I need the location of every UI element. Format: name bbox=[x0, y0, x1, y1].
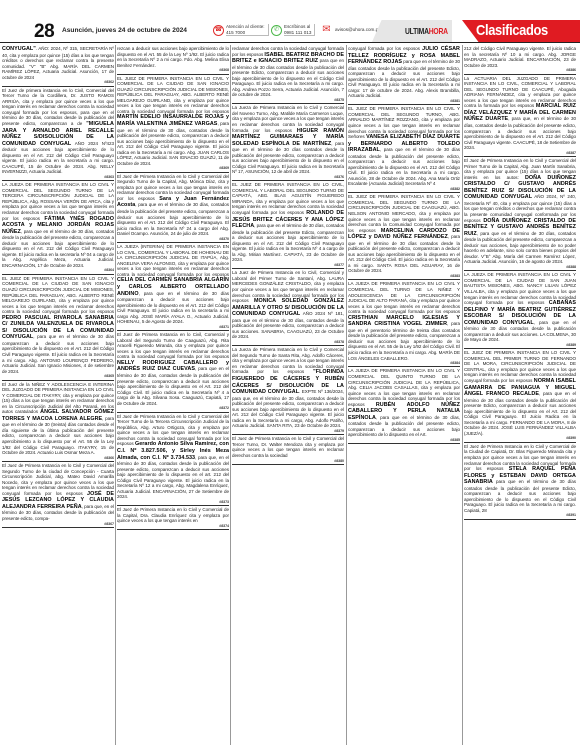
notice-text: LA JUEZA DE PRIMERA INSTANCIA EN LO CIVI… bbox=[348, 281, 460, 314]
newspaper-logo[interactable]: ULTIMAHORA bbox=[405, 26, 448, 36]
notice-code: #8367 bbox=[2, 522, 114, 526]
legal-notice: EL JUEZ DE PRIMERA INSTANCIA EN LO CIVIL… bbox=[348, 105, 460, 193]
notice-text: , para que en el término de 30 días cont… bbox=[348, 147, 460, 186]
notice-text: , para que en el término de 30 días cont… bbox=[348, 234, 460, 273]
notice-code: #8386 bbox=[464, 68, 576, 72]
notice-text: , para que en el término de 30 días, con… bbox=[232, 223, 344, 262]
mail-icon: ✉ bbox=[320, 25, 333, 36]
notice-code: #8389 bbox=[464, 343, 576, 347]
notice-text: , para que en el término de 30 (treinta)… bbox=[2, 416, 114, 455]
notice-text: , para que en el término de 30 días comp… bbox=[2, 334, 114, 373]
notice-text: para que en el término de 30 días contad… bbox=[348, 59, 460, 98]
column-1: CONYUGAL". AÑO: 2024, Nº 315, SECRETARÍA… bbox=[2, 45, 114, 745]
phone-icon: ☎ bbox=[213, 25, 224, 36]
notice-code: #8391 bbox=[464, 513, 576, 517]
column-divider bbox=[115, 45, 116, 745]
notice-parties: CONYUGAL" bbox=[2, 46, 36, 52]
notice-code: #8364 bbox=[2, 268, 114, 272]
legal-notice: reclamar derechos contra la sociedad con… bbox=[232, 45, 344, 104]
notice-code: #8383 bbox=[348, 274, 460, 278]
header-rule bbox=[0, 42, 580, 43]
notice-text: 212 del Código Civil Paraguayo vigente. … bbox=[464, 46, 576, 68]
notice-code: #8363 bbox=[2, 175, 114, 179]
legal-notice: El Juez de Primera Instancia en lo Civil… bbox=[2, 462, 114, 528]
notice-text: LA JUEZA (INTERINA) DE PRIMERA INSTANCIA… bbox=[117, 244, 229, 277]
legal-notice: 212 del Código Civil Paraguayo vigente. … bbox=[464, 45, 576, 75]
page-header: 28 Asunción, jueves 24 de octubre de 202… bbox=[0, 20, 580, 42]
legal-notice: El Juez de Primera Instancia en lo Civil… bbox=[117, 413, 229, 507]
notice-code: #8378 bbox=[232, 340, 344, 344]
contact-value: 0981 111 013 bbox=[284, 30, 311, 35]
legal-notice: conyugal formada por los esposos JULIO C… bbox=[348, 45, 460, 105]
column-divider bbox=[462, 45, 463, 745]
legal-notice: El Juez de Primera Instancia en lo Civil… bbox=[464, 157, 576, 271]
column-4: conyugal formada por los esposos JULIO C… bbox=[348, 45, 460, 745]
legal-notice: El Juez de la NIÑEZ Y ADOLESCENCIA E INT… bbox=[2, 381, 114, 463]
notice-parties: CRISTHIAN MARCELO IGLESIAS Y SANDRA CRIS… bbox=[348, 315, 460, 328]
notice-code: #8377 bbox=[232, 263, 344, 267]
notice-code: #8368 bbox=[117, 68, 229, 72]
notice-text: El Juez de Primera Instancia en lo Civil… bbox=[117, 507, 229, 523]
legal-notice: La ACTUARIA DEL JUZGADO DE PRIMERA INSTA… bbox=[464, 75, 576, 158]
legal-notice: EL JUEZ DE PRIMERA INSTANCIA EN LO CIVIL… bbox=[348, 193, 460, 280]
legal-notice: EL JUEZ DE PRIMERA INSTANCIA EN LO CIVIL… bbox=[464, 349, 576, 443]
column-divider bbox=[346, 45, 347, 745]
contact-label: Atención al cliente: bbox=[226, 24, 265, 29]
legal-notice: EL JUEZ DE PRIMERA INSTANCIA EN LO CIVIL… bbox=[232, 181, 344, 269]
legal-notice: El Juez de Primera Instancia en lo Civil… bbox=[117, 331, 229, 413]
notice-code: #8373 bbox=[117, 500, 229, 504]
section-title: Clasificados bbox=[476, 23, 548, 39]
legal-notice: LA JUEZA DE PRIMERA INSTANCIA EN LO CIVI… bbox=[348, 280, 460, 367]
notice-code: #8384 bbox=[348, 361, 460, 365]
column-3: reclamar derechos contra la sociedad con… bbox=[232, 45, 344, 745]
notice-code: #8375 bbox=[232, 98, 344, 102]
notice-text: EL JUEZ DE PRIMERA INSTANCIA EN LO CIVIL… bbox=[117, 76, 229, 114]
legal-notice: La Juez de Primera Instancia en lo Civil… bbox=[232, 269, 344, 346]
contact-label: Escríbinos al bbox=[284, 24, 310, 29]
email-contact[interactable]: ✉ avisos@uhora.com.py bbox=[320, 23, 381, 37]
legal-notice: LA JUEZA (INTERINA) DE PRIMERA INSTANCIA… bbox=[117, 243, 229, 331]
notice-code: #8385 bbox=[348, 438, 460, 442]
notice-code: #8380 bbox=[232, 459, 344, 463]
legal-notice: LA JUEZA DE PRIMERA INSTANCIA EN LO CIVI… bbox=[2, 181, 114, 275]
notice-text: , para que en el término de 30 días, con… bbox=[464, 231, 576, 265]
notice-text: El Juez de Primera Instancia en lo Civil… bbox=[232, 436, 344, 458]
legal-notice: CONYUGAL". AÑO: 2024, Nº 315, SECRETARÍA… bbox=[2, 45, 114, 87]
notice-code: #8366 bbox=[2, 456, 114, 460]
notice-text: EL JUEZ DE PRIMERA INSTANCIA EN LO CIVIL… bbox=[2, 276, 114, 314]
legal-notice: El Juez de primera instancia en lo Civil… bbox=[2, 87, 114, 182]
whatsapp-icon: ✆ bbox=[271, 25, 282, 36]
notice-code: #8369 bbox=[117, 166, 229, 170]
notice-code: #8371 bbox=[117, 325, 229, 329]
column-divider bbox=[230, 45, 231, 745]
notice-text: , para que, en el término de 30 días, co… bbox=[117, 455, 229, 500]
notice-text: , para que en el perentorio término de t… bbox=[348, 321, 460, 360]
notice-code: #8374 bbox=[117, 524, 229, 528]
notice-code: #8379 bbox=[232, 429, 344, 433]
classifieds-columns: CONYUGAL". AÑO: 2024, Nº 315, SECRETARÍA… bbox=[0, 45, 580, 745]
notice-text: , para que en el término de 30 días, con… bbox=[2, 229, 114, 268]
notice-text: , para que en el término de 30 días, con… bbox=[117, 366, 229, 405]
notice-text: , para que en el término de 30 días cont… bbox=[464, 391, 576, 436]
legal-notice: rezcan a deducir sus acciones bajo aperc… bbox=[117, 45, 229, 75]
legal-notice: EL JUEZ DE PRIMERA INSTANCIA EN LO CIVIL… bbox=[117, 75, 229, 173]
legal-notice: EL JUEZ DE PRIMERA INSTANCIA EN LO CIVIL… bbox=[2, 275, 114, 381]
notice-parties: MARTÍN EDELIO INSAURRALDE ROJAS y MARÍA … bbox=[117, 114, 229, 127]
notice-code: #8372 bbox=[117, 406, 229, 410]
contact-value: 415 7000 bbox=[226, 30, 245, 35]
legal-notice: El Juez de Primera Instancia en lo Civil… bbox=[117, 506, 229, 530]
column-2: rezcan a deducir sus acciones bajo aperc… bbox=[117, 45, 229, 745]
legal-notice: El Juez de Primera Instancia en lo Civil… bbox=[232, 435, 344, 465]
notice-text: . EXPTE Nº 136/2024, para que, en el tér… bbox=[232, 389, 344, 428]
notice-code: #8387 bbox=[464, 151, 576, 155]
notice-code: #8382 bbox=[348, 187, 460, 191]
legal-notice: El Juez de Primera Instancia en lo Civil… bbox=[117, 173, 229, 243]
column-5: 212 del Código Civil Paraguayo vigente. … bbox=[464, 45, 576, 745]
notice-code: #8376 bbox=[232, 175, 344, 179]
notice-text: para que en el término de 30 días contad… bbox=[232, 58, 344, 97]
notice-text: El Juez de Primera Instancia en lo Civil… bbox=[117, 332, 229, 359]
notice-code: #8370 bbox=[117, 237, 229, 241]
notice-text: conyugal formada por los esposos bbox=[348, 46, 422, 51]
page-number: 28 bbox=[34, 22, 54, 41]
notice-code: #8381 bbox=[348, 99, 460, 103]
contact-value: avisos@uhora.com.py bbox=[335, 27, 381, 32]
notice-code: #8388 bbox=[464, 265, 576, 269]
legal-notice: La Jueza de Primera Instancia en lo Civi… bbox=[232, 346, 344, 435]
legal-notice: La Jueza de Primera Instancia en lo Civi… bbox=[232, 104, 344, 181]
notice-code: #8390 bbox=[464, 436, 576, 440]
notice-code: #8362 bbox=[2, 80, 114, 84]
notice-code: #8365 bbox=[2, 374, 114, 378]
legal-notice: El Juez de Primera Instancia en lo Civil… bbox=[464, 443, 576, 520]
legal-notice: LA JUEZA DE PRIMERA INSTANCIA EN LO CIVI… bbox=[348, 367, 460, 444]
whatsapp-contact[interactable]: ✆ Escríbinos al 0981 111 013 bbox=[271, 23, 315, 37]
legal-notice: LA JUEZA DE PRIMERA INSTANCIA EN LO CIVI… bbox=[464, 271, 576, 349]
notice-text: , para que en el término de 30 días, con… bbox=[117, 121, 229, 166]
customer-service-contact[interactable]: ☎ Atención al cliente: 415 7000 bbox=[213, 23, 269, 37]
notice-text: rezcan a deducir sus acciones bajo aperc… bbox=[117, 46, 229, 68]
page-date: Asunción, jueves 24 de octubre de 2024 bbox=[62, 27, 187, 35]
